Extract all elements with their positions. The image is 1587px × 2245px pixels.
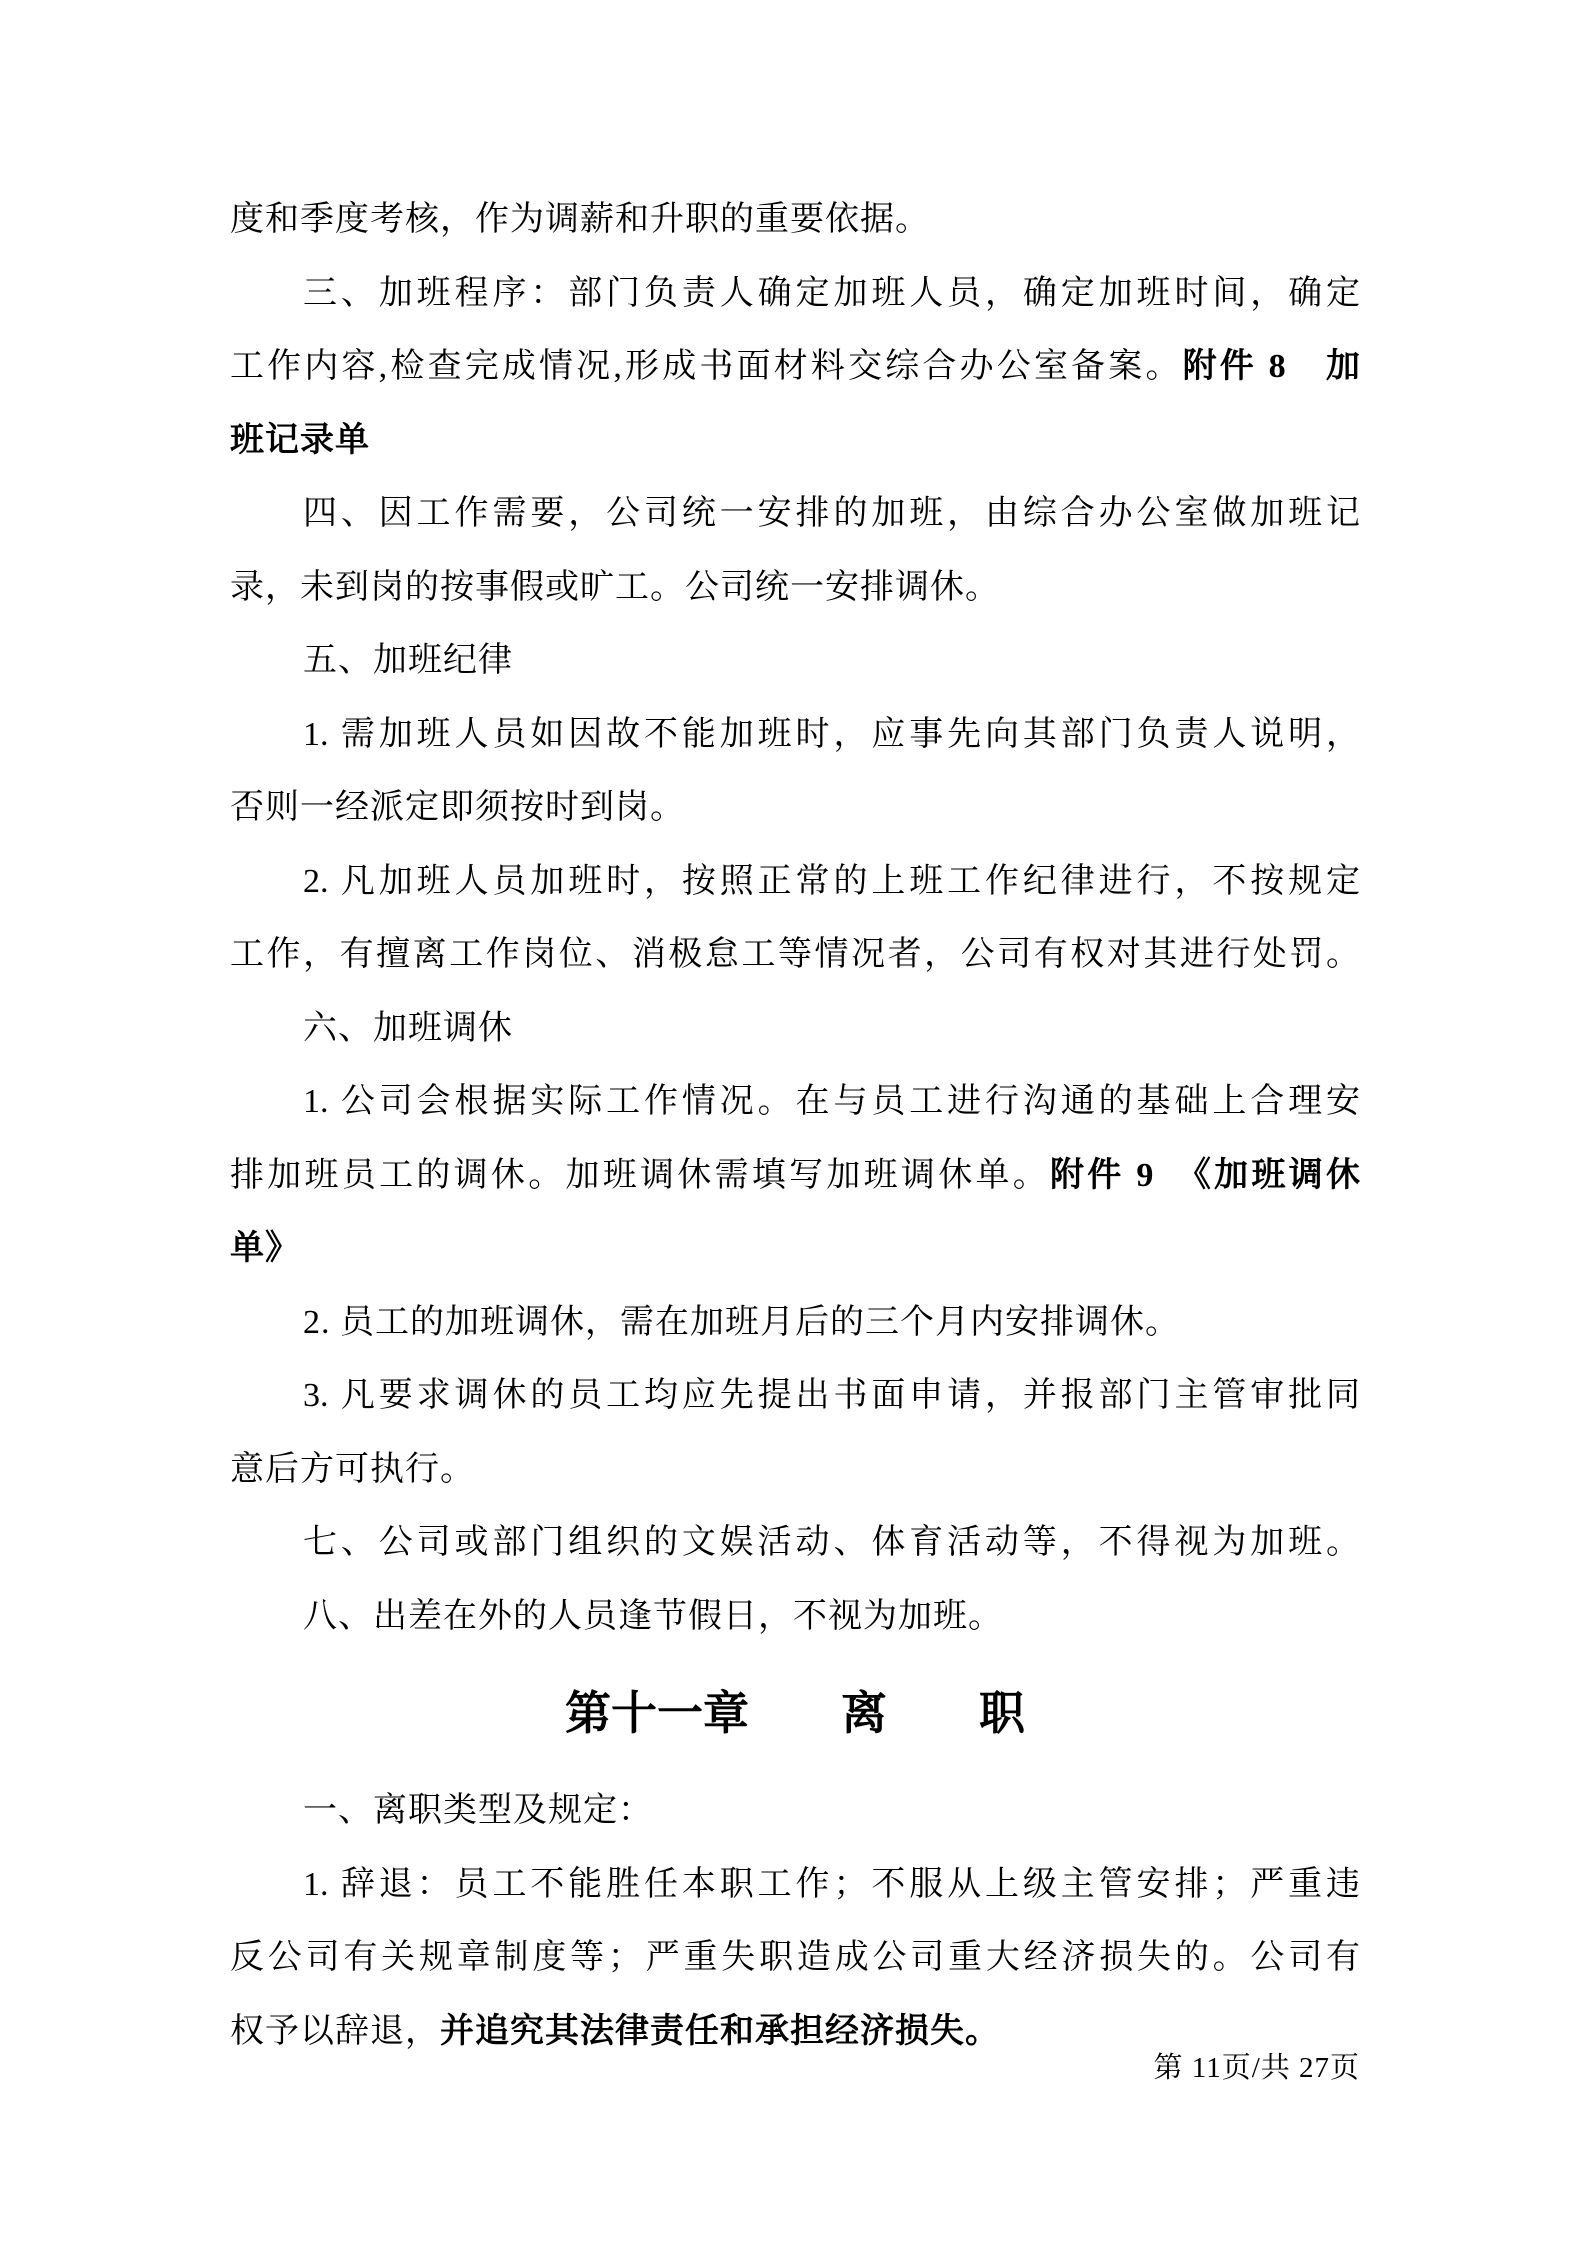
text-line: 五、加班纪律	[230, 624, 1360, 698]
document-page: 度和季度考核，作为调薪和升职的重要依据。三、加班程序：部门负责人确定加班人员，确…	[0, 0, 1587, 2245]
text-line: 班记录单	[230, 404, 1360, 478]
bold-text-run: 附件 9 《加班调休	[1050, 1157, 1360, 1194]
text-line: 一、离职类型及规定：	[230, 1774, 1360, 1848]
text-line: 工作，有擅离工作岗位、消极怠工等情况者，公司有权对其进行处罚。	[230, 918, 1360, 992]
text-line: 单》	[230, 1212, 1360, 1286]
bold-text-run: 附件 8 加	[1183, 348, 1360, 385]
text-run: 三、加班程序：部门负责人确定加班人员，确定加班时间，确定	[303, 275, 1360, 312]
bold-text-run: 班记录单	[230, 422, 370, 459]
page-number: 第 11页/共 27页	[1154, 2048, 1360, 2088]
text-run: 2. 凡加班人员加班时，按照正常的上班工作纪律进行，不按规定	[303, 863, 1360, 900]
text-line: 录，未到岗的按事假或旷工。公司统一安排调休。	[230, 551, 1360, 625]
text-run: 四、因工作需要，公司统一安排的加班，由综合办公室做加班记	[303, 495, 1360, 532]
text-run: 意后方可执行。	[230, 1451, 475, 1488]
text-run: 八、出差在外的人员逢节假日，不视为加班。	[303, 1598, 1003, 1635]
text-line: 反公司有关规章制度等；严重失职造成公司重大经济损失的。公司有	[230, 1921, 1360, 1995]
text-run: 工作内容,检查完成情况,形成书面材料交综合办公室备案。	[230, 348, 1183, 385]
chapter-heading: 第十一章 离 职	[230, 1653, 1360, 1774]
text-line: 度和季度考核，作为调薪和升职的重要依据。	[230, 183, 1360, 257]
text-run: 五、加班纪律	[303, 642, 513, 679]
text-line: 1. 辞退：员工不能胜任本职工作；不服从上级主管安排；严重违	[230, 1848, 1360, 1922]
text-run: 一、离职类型及规定：	[303, 1792, 653, 1829]
text-run: 2. 员工的加班调休，需在加班月后的三个月内安排调休。	[303, 1304, 1180, 1341]
text-run: 录，未到岗的按事假或旷工。公司统一安排调休。	[230, 569, 1000, 606]
text-run: 六、加班调休	[303, 1010, 513, 1047]
text-line: 否则一经派定即须按时到岗。	[230, 771, 1360, 845]
text-run: 度和季度考核，作为调薪和升职的重要依据。	[230, 201, 930, 238]
bold-text-run: 第十一章 离 职	[565, 1688, 1025, 1739]
text-run: 否则一经派定即须按时到岗。	[230, 789, 685, 826]
text-line: 工作内容,检查完成情况,形成书面材料交综合办公室备案。附件 8 加	[230, 330, 1360, 404]
text-line: 八、出差在外的人员逢节假日，不视为加班。	[230, 1580, 1360, 1654]
text-run: 1. 辞退：员工不能胜任本职工作；不服从上级主管安排；严重违	[303, 1866, 1360, 1903]
text-line: 意后方可执行。	[230, 1433, 1360, 1507]
text-run: 权予以辞退，	[230, 2013, 440, 2050]
text-line: 三、加班程序：部门负责人确定加班人员，确定加班时间，确定	[230, 257, 1360, 331]
text-line: 六、加班调休	[230, 992, 1360, 1066]
bold-text-run: 单》	[230, 1230, 300, 1267]
text-run: 3. 凡要求调休的员工均应先提出书面申请，并报部门主管审批同	[303, 1377, 1360, 1414]
text-run: 排加班员工的调休。加班调休需填写加班调休单。	[230, 1157, 1050, 1194]
text-run: 1. 需加班人员如因故不能加班时，应事先向其部门负责人说明，	[303, 716, 1360, 753]
text-line: 七、公司或部门组织的文娱活动、体育活动等，不得视为加班。	[230, 1506, 1360, 1580]
text-run: 反公司有关规章制度等；严重失职造成公司重大经济损失的。公司有	[230, 1939, 1360, 1976]
text-line: 1. 公司会根据实际工作情况。在与员工进行沟通的基础上合理安	[230, 1065, 1360, 1139]
text-line: 3. 凡要求调休的员工均应先提出书面申请，并报部门主管审批同	[230, 1359, 1360, 1433]
text-line: 2. 凡加班人员加班时，按照正常的上班工作纪律进行，不按规定	[230, 845, 1360, 919]
text-run: 工作，有擅离工作岗位、消极怠工等情况者，公司有权对其进行处罚。	[230, 936, 1360, 973]
text-line: 四、因工作需要，公司统一安排的加班，由综合办公室做加班记	[230, 477, 1360, 551]
text-line: 2. 员工的加班调休，需在加班月后的三个月内安排调休。	[230, 1286, 1360, 1360]
text-run: 1. 公司会根据实际工作情况。在与员工进行沟通的基础上合理安	[303, 1083, 1360, 1120]
text-line: 排加班员工的调休。加班调休需填写加班调休单。附件 9 《加班调休	[230, 1139, 1360, 1213]
bold-text-run: 并追究其法律责任和承担经济损失。	[440, 2013, 1000, 2050]
text-line: 1. 需加班人员如因故不能加班时，应事先向其部门负责人说明，	[230, 698, 1360, 772]
document-text-block: 度和季度考核，作为调薪和升职的重要依据。三、加班程序：部门负责人确定加班人员，确…	[230, 183, 1360, 2068]
text-run: 七、公司或部门组织的文娱活动、体育活动等，不得视为加班。	[303, 1524, 1360, 1561]
